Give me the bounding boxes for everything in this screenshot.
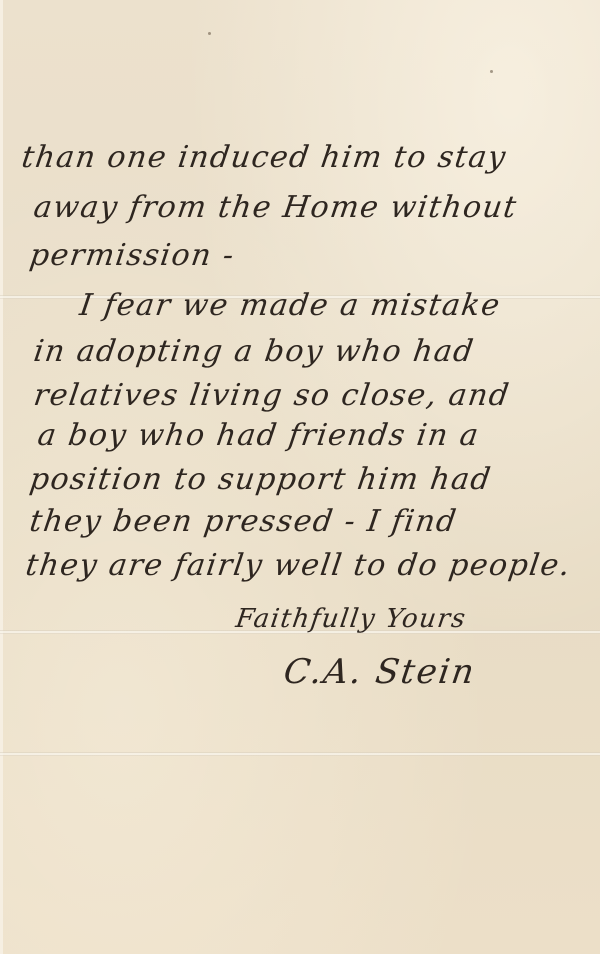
letter-line: than one induced him to stay — [20, 140, 509, 175]
letter-page: than one induced him to stay away from t… — [0, 0, 600, 954]
letter-line: they are fairly well to do people. — [24, 548, 574, 583]
letter-line: relatives living so close, and — [32, 378, 513, 413]
paper-edge — [0, 0, 3, 954]
letter-line: they been pressed - I find — [28, 504, 460, 539]
paper-speck — [208, 32, 211, 35]
letter-line: permission - — [28, 238, 238, 273]
faint-letterhead — [200, 48, 500, 108]
paper-speck — [490, 70, 493, 73]
letter-line: position to support him had — [28, 462, 494, 497]
closing-salutation: Faithfully Yours — [234, 604, 469, 634]
signature: C.A. Stein — [281, 652, 478, 692]
letter-line: away from the Home without — [32, 190, 520, 225]
letter-line: in adopting a boy who had — [32, 334, 477, 369]
letter-line: I fear we made a mistake — [78, 288, 503, 323]
letter-line: a boy who had friends in a — [36, 418, 482, 453]
fold-crease — [0, 752, 600, 756]
